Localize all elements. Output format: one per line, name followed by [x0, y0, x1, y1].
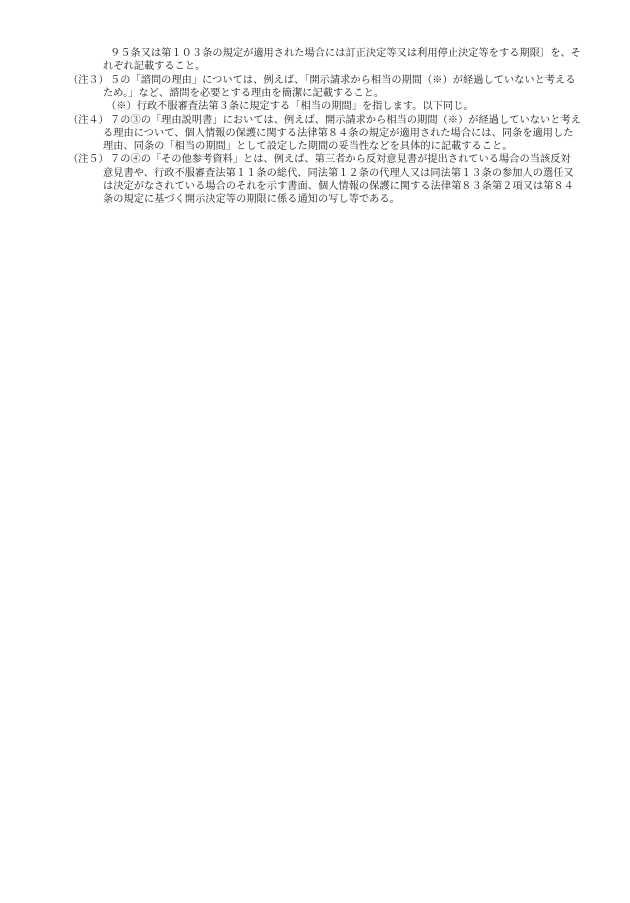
note-label-5: （注５）: [68, 153, 109, 166]
note-5-line-1: ７の④の「その他参考資料」とは、例えば、第三者から反対意見書が提出されている場合…: [110, 153, 567, 166]
document-page: ９５条又は第１０３条の規定が適用された場合には訂正決定等又は利用停止決定等をする…: [0, 0, 630, 903]
continuation-line-1: ９５条又は第１０３条の規定が適用された場合には訂正決定等又は利用停止決定等をする…: [110, 47, 567, 60]
note-label-4: （注４）: [68, 114, 109, 127]
note-3-line-1: ５の「諮問の理由」については、例えば、「開示請求から相当の期間（※）が経過してい…: [110, 74, 567, 87]
note-4-line-1: ７の③の「理由説明書」においては、例えば、開示請求から相当の期間（※）が経過して…: [110, 114, 567, 127]
note-5-line-4: 条の規定に基づく開示決定等の期限に係る通知の写し等である。: [103, 193, 569, 206]
note-5-line-2: 意見書や、行政不服審査法第１１条の総代、同法第１２条の代理人又は同法第１３条の参…: [103, 167, 569, 180]
continuation-line-2: れぞれ記載すること。: [103, 60, 569, 73]
note-label-3: （注３）: [68, 74, 109, 87]
note-3-line-2: ため。」など、諮問を必要とする理由を簡潔に記載すること。: [103, 87, 569, 100]
note-3-footnote: （※）行政不服審査法第３条に規定する「相当の期間」を指します。以下同じ。: [106, 100, 474, 113]
note-4-line-3: 理由、同条の「相当の期間」として設定した期間の妥当性などを具体的に記載すること。: [103, 140, 569, 153]
note-5-line-3: は決定がなされている場合のそれを示す書面、個人情報の保護に関する法律第８３条第２…: [103, 180, 569, 193]
note-4-line-2: る理由について、個人情報の保護に関する法律第８４条の規定が適用された場合には、同…: [103, 127, 569, 140]
